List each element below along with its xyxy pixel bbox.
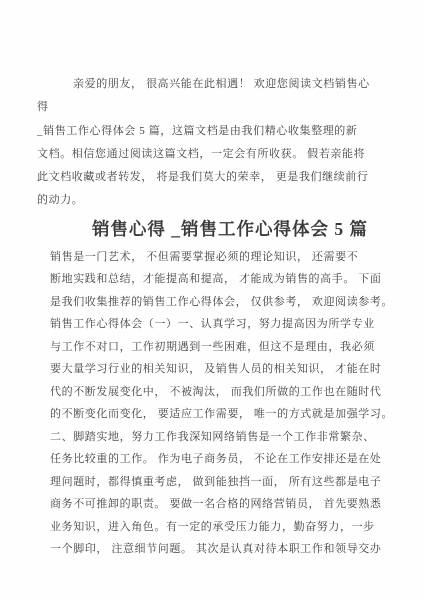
document-title: 销售心得 _销售工作心得体会 5 篇 xyxy=(37,216,423,242)
document-page: 亲爱的朋友， 很高兴能在此相遇！ 欢迎您阅读文档销售心得 _销售工作心得体会 5… xyxy=(0,0,423,600)
intro-paragraph: 亲爱的朋友， 很高兴能在此相遇！ 欢迎您阅读文档销售心得 _销售工作心得体会 5… xyxy=(37,0,377,213)
body-paragraph: 销售是一门艺术， 不但需要掌握必须的理论知识， 还需要不 断地实践和总结，才能提… xyxy=(50,246,400,561)
